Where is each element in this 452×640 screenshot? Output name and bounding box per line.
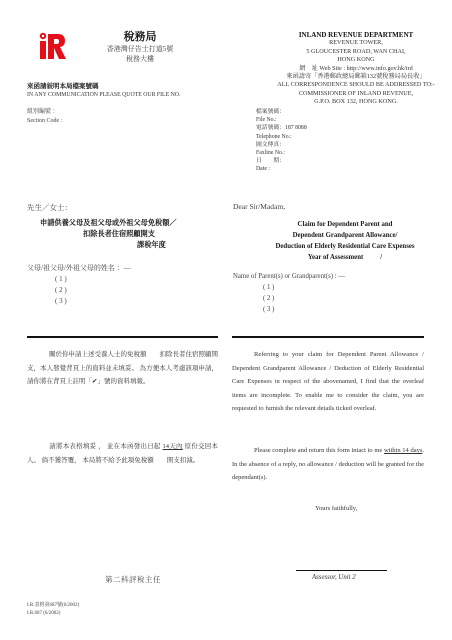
- names-label-zh: 父母/祖父母/外祖父母的姓名 ：—: [27, 263, 131, 274]
- section-code-zh: 組別編號 ：: [27, 108, 62, 117]
- paragraph-return-en: Please complete and return this form int…: [232, 444, 424, 485]
- subject-zh-line: 扣除長者住宿照顧開支: [40, 229, 210, 240]
- subject-zh: 申請供養父母及祖父母或外祖父母免稅額／ 扣除長者住宿照顧開支 課稅年度: [40, 218, 210, 251]
- subject-zh-line: 課稅年度: [40, 240, 210, 251]
- paragraph-text: Please complete and return this form int…: [254, 447, 384, 454]
- ird-logo-icon: [37, 31, 67, 61]
- subject-en: Claim for Dependent Parent and Dependent…: [245, 219, 445, 263]
- name-item: ( 1 ): [233, 282, 345, 293]
- subject-en-line: Deduction of Elderly Residential Care Ex…: [245, 241, 445, 252]
- department-name-zh: 稅務局 香港灣仔告士打道5號 稅務大樓: [85, 30, 195, 64]
- signature-line: [296, 570, 387, 571]
- contact-fields: 檔案號碼： File No.: 電話號碼：187 8088 Telephone …: [256, 108, 307, 174]
- name-item: ( 3 ): [233, 304, 345, 315]
- ird-line: COMMISSIONER OF INLAND REVENUE,: [256, 90, 452, 98]
- paragraph-return-zh: 請將本表格填妥 ， 並在本函發出日起 14天內 原份交回本人。 倘不獲答覆， 本…: [27, 440, 218, 467]
- form-number-zh: I.R.表格第687號(6/2002): [27, 602, 79, 610]
- faxline-en: Faxline No.:: [256, 149, 307, 157]
- name-item: ( 1 ): [27, 274, 131, 285]
- address-building-zh: 稅務大樓: [85, 54, 195, 64]
- deadline-zh: 14天內: [163, 443, 183, 450]
- ird-website: 網 址 Web Site : http://www.info.gov.hk/ir…: [256, 65, 452, 73]
- paragraph-text: 關於你申請上述受養人士的免稅額 扣除長者住宿照顧開支，本人發覺背頁上的資料並未填…: [27, 351, 218, 385]
- divider: [232, 336, 424, 338]
- section-code-en: Section Code :: [27, 117, 62, 126]
- quote-notice-zh: 來函請敍明本局檔案號碼: [27, 82, 227, 91]
- salutation-zh: 先生／女士：: [27, 202, 72, 213]
- ird-line: 來函請寄「香港郵政總局郵箱132號稅務局局長收」: [256, 73, 452, 81]
- file-no-en: File No.:: [256, 116, 307, 124]
- paragraph-text: 請將本表格填妥 ， 並在本函發出日起: [49, 443, 163, 450]
- signatory-zh: 第二科評稅主任: [105, 574, 161, 585]
- quote-notice-en: IN ANY COMMUNICATION PLEASE QUOTE OUR FI…: [27, 91, 227, 100]
- ird-address-block: INLAND REVENUE DEPARTMENT REVENUE TOWER,…: [256, 31, 452, 107]
- closing: Yours faithfully,: [315, 505, 357, 512]
- salutation-en: Dear Sir/Madam,: [233, 202, 285, 211]
- paragraph-incomplete-en: Referring to your claim for Dependent Pa…: [232, 348, 424, 416]
- department-title-zh: 稅務局: [85, 30, 195, 44]
- address-line-zh: 香港灣仔告士打道5號: [85, 44, 195, 54]
- name-item: ( 3 ): [27, 296, 131, 307]
- names-label-en: Name of Parent(s) or Grandparent(s) : —: [233, 271, 345, 282]
- names-list-en: Name of Parent(s) or Grandparent(s) : — …: [233, 271, 345, 315]
- paragraph-text: Referring to your claim for Dependent Pa…: [232, 351, 424, 412]
- paragraph-incomplete-zh: 關於你申請上述受養人士的免稅額 扣除長者住宿照顧開支，本人發覺背頁上的資料並未填…: [27, 348, 218, 389]
- date-en: Date :: [256, 165, 307, 173]
- ird-line: REVENUE TOWER,: [256, 39, 452, 47]
- subject-en-line: Claim for Dependent Parent and: [245, 219, 445, 230]
- name-item: ( 2 ): [27, 285, 131, 296]
- subject-zh-line: 申請供養父母及祖父母或外祖父母免稅額／: [40, 218, 210, 229]
- year-of-assessment: Year of Assessment /: [245, 252, 445, 263]
- telephone-en: Telephone No.:: [256, 133, 307, 141]
- name-item: ( 2 ): [233, 293, 345, 304]
- ird-line: HONG KONG: [256, 56, 452, 64]
- quote-file-notice: 來函請敍明本局檔案號碼 IN ANY COMMUNICATION PLEASE …: [27, 82, 227, 100]
- date-zh: 日 期：: [256, 157, 307, 165]
- form-number: I.R.表格第687號(6/2002) I.R.687 (6/2002): [27, 602, 79, 617]
- names-list-zh: 父母/祖父母/外祖父母的姓名 ：— ( 1 ) ( 2 ) ( 3 ): [27, 263, 131, 307]
- ird-line: G.P.O. BOX 132, HONG KONG.: [256, 98, 452, 106]
- ird-line: 5 GLOUCESTER ROAD, WAN CHAI,: [256, 48, 452, 56]
- ird-line: ALL CORRESPONDENCE SHOULD BE ADDRESSED T…: [256, 81, 452, 89]
- telephone-zh: 電話號碼：187 8088: [256, 124, 307, 132]
- form-number-en: I.R.687 (6/2002): [27, 610, 79, 618]
- faxline-zh: 圖文傳真：: [256, 141, 307, 149]
- file-no-zh: 檔案號碼：: [256, 108, 307, 116]
- section-code: 組別編號 ： Section Code :: [27, 108, 62, 126]
- signatory-en: Assessor, Unit 2: [312, 574, 356, 581]
- ird-title: INLAND REVENUE DEPARTMENT: [256, 31, 452, 39]
- subject-en-line: Dependent Grandparent Allowance/: [245, 230, 445, 241]
- divider: [27, 336, 218, 338]
- deadline-en: within 14 days: [384, 447, 422, 454]
